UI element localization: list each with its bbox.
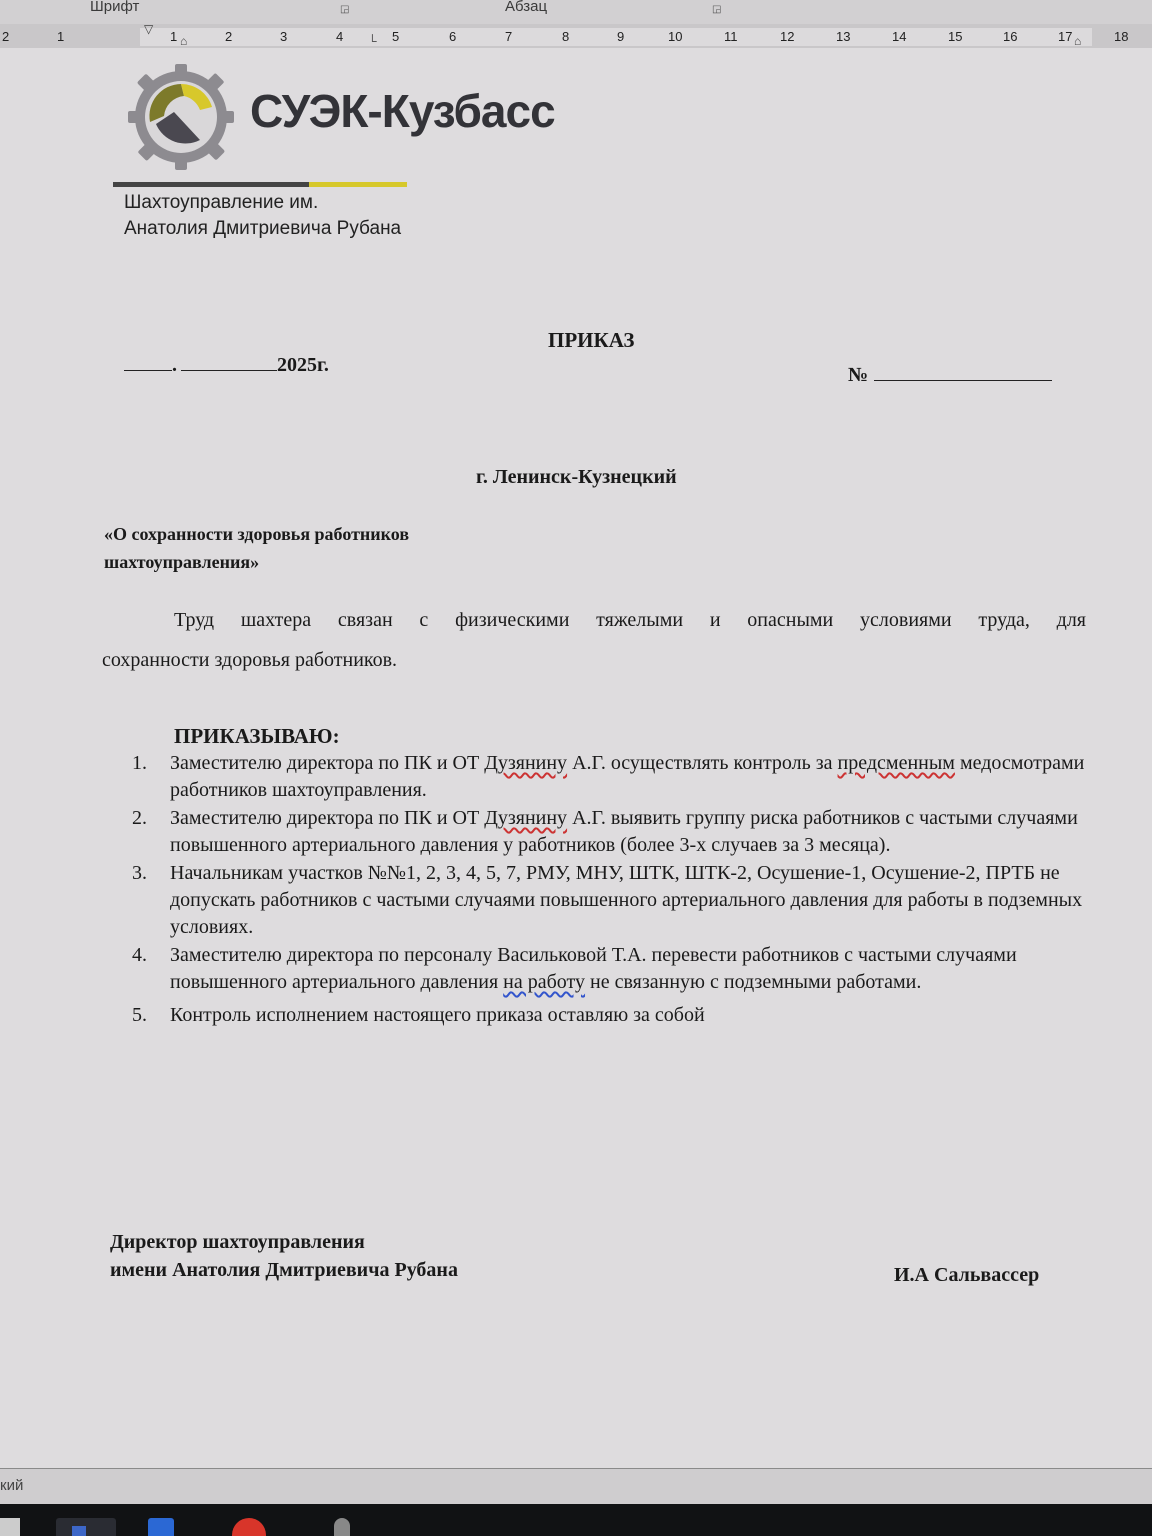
ruler-tick: 8 — [562, 29, 569, 44]
order-number: № — [848, 364, 1052, 387]
spelling-flagged-word[interactable]: Дузянину — [484, 752, 567, 774]
order-subject: «О сохранности здоровья работников шахто… — [104, 520, 409, 576]
header-rule-dark — [113, 182, 309, 187]
intro-paragraph: Труд шахтера связан с физическими тяжелы… — [102, 600, 1086, 680]
item-text: Начальникам участков №№1, 2, 3, 4, 5, 7,… — [170, 862, 1082, 938]
ruler-tick: 11 — [724, 29, 738, 44]
number-label: № — [848, 364, 868, 386]
ruler-tick: 3 — [280, 29, 287, 44]
item-text: не связанную с подземными работами. — [585, 971, 921, 993]
ruler-tick: 15 — [948, 29, 962, 44]
item-text: Контроль исполнением настоящего приказа … — [170, 1004, 705, 1026]
first-line-indent-marker[interactable]: ▽ — [144, 22, 153, 36]
subject-line-2: шахтоуправления» — [104, 548, 409, 576]
org-line-1: Шахтоуправление им. — [124, 190, 401, 216]
organization-name: Шахтоуправление им. Анатолия Дмитриевича… — [124, 190, 401, 242]
tab-stop-marker[interactable]: └ — [368, 34, 377, 48]
item-number: 2. — [132, 805, 147, 832]
ruler-tick: 1 — [57, 29, 64, 44]
signer-line-2: имени Анатолия Дмитриевича Рубана — [110, 1256, 458, 1284]
header-rule-yellow — [309, 182, 407, 187]
month-blank — [181, 352, 277, 371]
date-separator: . — [172, 354, 177, 376]
ruler-tick: 2 — [225, 29, 232, 44]
spelling-flagged-word[interactable]: предсменным — [838, 752, 955, 774]
ruler-tick: 10 — [668, 29, 682, 44]
ruler-tick: 12 — [780, 29, 794, 44]
ruler-tick: 17 — [1058, 29, 1072, 44]
signer-line-1: Директор шахтоуправления — [110, 1228, 458, 1256]
paragraph-dialog-launcher-icon[interactable]: ◲ — [712, 4, 721, 15]
list-item: 5. Контроль исполнением настоящего прика… — [132, 1002, 1092, 1029]
ruler-tick: 2 — [2, 29, 9, 44]
order-items-list: 1. Заместителю директора по ПК и ОТ Дузя… — [132, 750, 1092, 1030]
ruler-tick: 14 — [892, 29, 906, 44]
item-number: 5. — [132, 1002, 147, 1029]
word-icon[interactable] — [56, 1518, 116, 1536]
item-number: 4. — [132, 942, 147, 969]
item-text: Заместителю директора по ПК и ОТ — [170, 807, 484, 829]
day-blank — [124, 352, 172, 371]
status-bar: кий — [0, 1468, 1152, 1505]
ribbon-group-font: Шрифт — [90, 0, 139, 15]
item-number: 1. — [132, 750, 147, 777]
item-number: 3. — [132, 860, 147, 887]
outlook-icon[interactable] — [148, 1518, 174, 1536]
org-line-2: Анатолия Дмитриевича Рубана — [124, 216, 401, 242]
font-dialog-launcher-icon[interactable]: ◲ — [340, 4, 349, 15]
year-text: 2025г. — [277, 354, 329, 376]
list-item: 1. Заместителю директора по ПК и ОТ Дузя… — [132, 750, 1092, 804]
subject-line-1: «О сохранности здоровья работников — [104, 520, 409, 548]
language-indicator[interactable]: кий — [0, 1477, 23, 1494]
ruler-tick: 16 — [1003, 29, 1017, 44]
start-icon[interactable] — [0, 1518, 20, 1536]
item-text: А.Г. осуществлять контроль за — [567, 752, 837, 774]
number-blank — [874, 364, 1052, 381]
list-item: 4. Заместителю директора по персоналу Ва… — [132, 942, 1092, 996]
ribbon-group-paragraph: Абзац — [505, 0, 547, 15]
brand-name: СУЭК-Кузбасс — [250, 84, 555, 138]
horizontal-ruler[interactable]: 2 1 ▽ ⌂ └ ⌂ 1 2 3 4 5 6 7 8 9 10 11 12 1… — [0, 24, 1152, 48]
ruler-tick: 6 — [449, 29, 456, 44]
ruler-tick: 13 — [836, 29, 850, 44]
chrome-icon[interactable] — [232, 1518, 266, 1536]
hanging-indent-marker[interactable]: ⌂ — [180, 34, 187, 48]
order-date: .2025г. — [124, 352, 329, 377]
item-text: Заместителю директора по ПК и ОТ — [170, 752, 484, 774]
gear-logo-icon — [126, 62, 236, 172]
city: г. Ленинск-Кузнецкий — [476, 466, 677, 489]
grammar-flagged-phrase[interactable]: на работу — [503, 971, 585, 993]
intro-line-2: сохранности здоровья работников. — [102, 649, 397, 671]
ruler-tick: 9 — [617, 29, 624, 44]
spelling-flagged-word[interactable]: Дузянину — [484, 807, 567, 829]
signer-title: Директор шахтоуправления имени Анатолия … — [110, 1228, 458, 1284]
taskbar — [0, 1504, 1152, 1536]
document-title: ПРИКАЗ — [548, 328, 634, 353]
intro-line-1: Труд шахтера связан с физическими тяжелы… — [102, 600, 1086, 640]
order-heading: ПРИКАЗЫВАЮ: — [174, 724, 340, 749]
ruler-tick: 4 — [336, 29, 343, 44]
ruler-tick: 1 — [170, 29, 177, 44]
ribbon: Шрифт ◲ Абзац ◲ — [0, 0, 1152, 24]
right-indent-marker[interactable]: ⌂ — [1074, 34, 1081, 48]
ruler-tick: 7 — [505, 29, 512, 44]
ruler-tick: 18 — [1114, 29, 1128, 44]
word-icon-glyph — [72, 1526, 86, 1536]
ruler-tick: 5 — [392, 29, 399, 44]
list-item: 3. Начальникам участков №№1, 2, 3, 4, 5,… — [132, 860, 1092, 941]
list-item: 2. Заместителю директора по ПК и ОТ Дузя… — [132, 805, 1092, 859]
signer-name: И.А Сальвассер — [894, 1264, 1039, 1287]
settings-icon[interactable] — [334, 1518, 350, 1536]
